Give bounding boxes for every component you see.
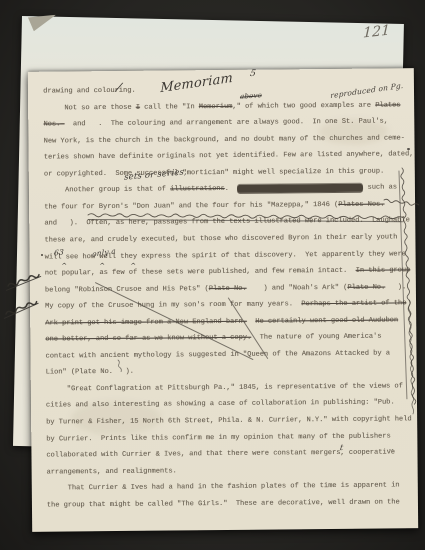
struck-typed-text: Plate No. — [347, 283, 385, 291]
scribble-blot — [237, 184, 363, 193]
typed-line: Lion" (Plate No. ). — [46, 368, 134, 378]
typed-line: That Currier & Ives had a hand in the fa… — [68, 482, 400, 494]
caret-as: ^ — [98, 262, 105, 270]
typed-line: by Turner & Fisher, 15 North 6th Street,… — [46, 415, 412, 427]
struck-typed-text: Memorium — [199, 102, 233, 110]
typed-line: Another group is that of illustrations. … — [65, 184, 397, 196]
typed-line: My copy of the Crusoe hung in my son's r… — [45, 300, 406, 312]
number-63-note: 63 — [54, 248, 64, 258]
typed-line: the group that might be called "The Girl… — [47, 498, 400, 510]
caret-few: ^ — [129, 262, 136, 270]
typed-line: contact with ancient mythology is sugges… — [45, 349, 390, 361]
typed-line: by Currier. Prints like this confirm me … — [46, 432, 391, 444]
typed-line: "Great Conflagration at Pittsburgh Pa.,"… — [67, 382, 403, 394]
struck-typed-text: Perhaps the artist of the — [301, 300, 406, 309]
typed-line: Not so are those I call the "In Memorium… — [64, 101, 400, 113]
typed-line: cities and also interesting as showing a… — [46, 399, 395, 411]
struck-typed-text: Nos.— — [43, 120, 64, 128]
typed-line: Ark print got his image from a New Engla… — [45, 316, 398, 328]
struck-word-above: above — [240, 91, 262, 101]
struck-typed-text: Plates Nos. — [338, 200, 384, 208]
typed-line: Nos.— and . The colouring and arrangemen… — [43, 118, 388, 130]
struck-typed-text: Plates — [375, 101, 400, 109]
struck-typed-text: He certainly went good old Audubon — [255, 316, 398, 325]
typed-line: drawing and colouring. — [43, 87, 135, 97]
caret-not: ^ — [60, 262, 67, 270]
struck-typed-text: Ark print got his image from a New Engla… — [45, 317, 247, 327]
typed-line: teries shown have definite originals not… — [44, 150, 414, 162]
paper-speck-1 — [41, 254, 43, 256]
paper-speck-2 — [407, 148, 410, 150]
typed-line: New York, is the church in the backgroun… — [44, 134, 405, 146]
typed-line: or copyrighted. Some successful "mortici… — [44, 167, 384, 179]
struck-typed-text: Plate No. — [209, 284, 247, 292]
typed-line: the four for Byron's "Don Juan" and the … — [44, 200, 384, 212]
typed-line: arrangements, and realignments. — [46, 467, 176, 477]
struck-typed-text: illustrations — [170, 185, 225, 193]
page-number: 121 — [363, 22, 391, 41]
scanned-manuscript-page: drawing and colouring.Not so are those I… — [0, 0, 425, 550]
typed-line: these are, and crudely executed, but tho… — [44, 233, 397, 245]
